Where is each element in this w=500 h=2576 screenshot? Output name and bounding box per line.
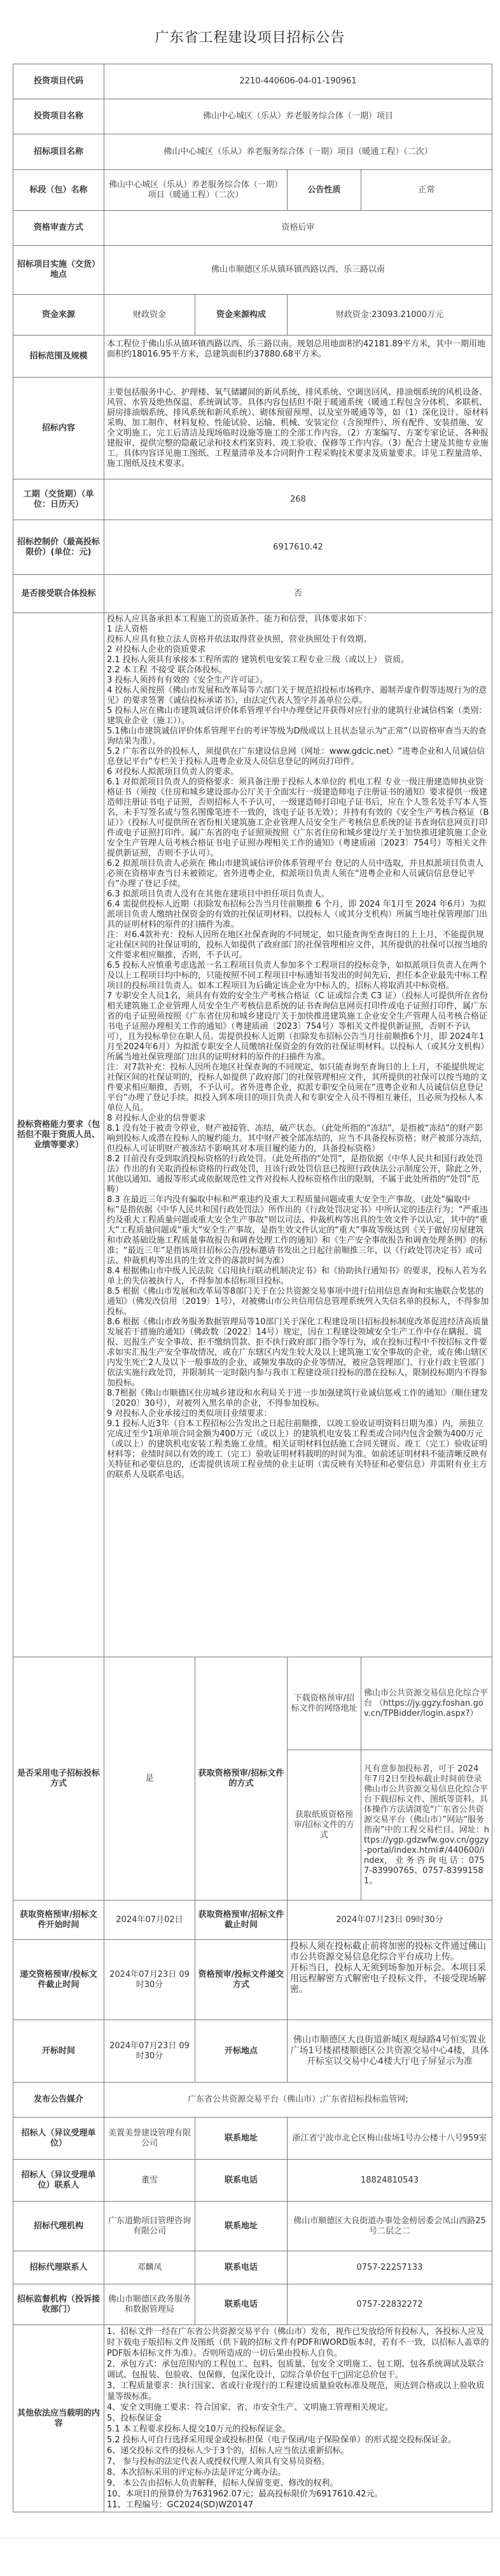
row-tenderer-contact: 招标人（异议受理单位）联系人 董雪 联系电话 18824810543	[13, 2160, 492, 2202]
doc-start-label: 获取资格预审/招标文件开始时间	[13, 1900, 104, 1940]
other-line: 11、工程编号：GC2024(SD)WZ0147	[107, 2500, 489, 2510]
funding-value: 财政资金	[104, 295, 195, 336]
section-label: 标段（包）名称	[13, 170, 104, 211]
qualification-line: 8 对投标人企业的信誉要求	[107, 1114, 489, 1124]
qualification-line: 5 投标人应在佛山市建筑诚信评价体系管理平台中办理登记并获得对应行业的建筑行业诚…	[107, 706, 489, 726]
row-location: 招标项目实施（交货）地点 佛山市顺德区乐从镇环镇西路以西、乐三路以南	[13, 246, 492, 295]
qualification-requirements: 投标人应具备承担本工程施工的资质条件、能力和信誉，具体要求如下： 1 法人资格 …	[104, 613, 492, 1657]
tender-name-value: 佛山中心城区（乐从）养老服务综合体（一期）项目（暖通工程）（二次）	[104, 134, 492, 170]
doc-start-value: 2024年07月02日	[104, 1900, 195, 1940]
row-agency: 招标代理机构 广东道勤项目管理咨询有限公司 联系地址 佛山市顺德区大良街道办事处…	[13, 2202, 492, 2251]
agency-phone-value: 0757-22257133	[288, 2251, 492, 2284]
scope-value: 本工程位于佛山乐从镇环镇西路以西、乐三路以南。规划总用地面积约42181.89平…	[104, 336, 492, 378]
doc-end-value: 2024年07月23日 09时30分	[288, 1900, 492, 1940]
footer-divider	[0, 2538, 500, 2576]
agency-address-value: 佛山市顺德区大良街道办事处金榜居委会凤山西路25号二层之二	[288, 2202, 492, 2251]
qualification-line: 5.2 广东省以外的投标人，须提供在广东建设信息网（网址：www.gdcic.n…	[107, 747, 489, 767]
row-other: 其他依法应当载明的内容 1、招标文件一经在广东省公共资源交易平台（佛山市）发布，…	[13, 2325, 492, 2512]
tenderer-label: 招标人（异议受理单位）	[13, 2118, 104, 2160]
qualification-line: 8.6 根据《佛山市政务服务数据管理局等10部门关于深化工程建设项目招标投标制度…	[107, 1317, 489, 1389]
scope-label: 招标范围及规模	[13, 336, 104, 378]
row-invest-name: 投资项目名称 佛山中心城区（乐从）养老服务综合体（一期）项目	[13, 99, 492, 134]
qualification-line: 注：对6.4款补充：投标人因所在地区社保查询的不同规定，如只能查询至查询日的上上…	[107, 930, 489, 961]
location-label: 招标项目实施（交货）地点	[13, 246, 104, 295]
qualification-line: 投标人应具有独立法人资格并依法取得营业执照，营业执照处于有效期。	[107, 635, 489, 645]
qualification-line: 2 对投标人企业的资质要求	[107, 645, 489, 655]
funding-composition-value: 财政资金:23093.21000万元	[288, 295, 492, 336]
content-label: 招标内容	[13, 378, 104, 479]
invest-code-label: 投资项目代码	[13, 64, 104, 99]
invest-name-label: 投资项目名称	[13, 99, 104, 134]
qualification-label: 投标资格能力要求（包括但不限于资质人员、业绩等要求）	[13, 613, 104, 1657]
tenderer-phone-label: 联系电话	[195, 2160, 288, 2202]
download-address-label: 下载资格预审/招标文件的网络地址	[288, 1657, 361, 1750]
qualification-line: 9.1 投标人近3年（自本工程招标公告发出之日起往前顺推，以竣工验收证明资料日期…	[107, 1419, 489, 1480]
paper-method-value: 凡有意参加投标者，可于 2024 年7月2日至投标截止时间前登录佛山市公共资源交…	[361, 1750, 492, 1900]
other-line: 10、本项目的预算价为7631962.07元；最高投标限价为6917610.42…	[107, 2489, 489, 2500]
paper-method-label: 获取纸质资格预审/招标文件的方式	[288, 1750, 361, 1900]
consortium-label: 是否接受联合体投标	[13, 575, 104, 613]
agency-contact-label: 招标代理联系人	[13, 2251, 104, 2284]
tenderer-value: 美置美誉建设管理有限公司	[104, 2118, 195, 2160]
qualification-line: 6 对投标人拟派项目负责人的要求。	[107, 767, 489, 777]
row-section: 标段（包）名称 佛山中心城区（乐从）养老服务综合体（一期）项目（暖通工程）（二次…	[13, 170, 492, 211]
qualification-line: 6.2 拟派项目负责人必须在 佛山市建筑诚信评价体系管理平台 登记的人员中选取，…	[107, 859, 489, 889]
row-scope: 招标范围及规模 本工程位于佛山乐从镇环镇西路以西、乐三路以南。规划总用地面积约4…	[13, 336, 492, 378]
electronic-label: 是否采用电子招标投标方式	[13, 1657, 104, 1900]
tender-notice-table: 投资项目代码 2210-440606-04-01-190961 投资项目名称 佛…	[13, 64, 492, 2512]
tenderer-address-label: 联系地址	[195, 2118, 288, 2160]
agency-phone-label: 联系电话	[195, 2251, 288, 2284]
media-value: 广东省公共资源交易平台（佛山市）;广东省招标投标监管网;	[104, 2083, 492, 2118]
tender-name-label: 招标项目名称	[13, 134, 104, 170]
row-opening: 开标时间 2024年07月23日 09时30分 开标地点 佛山市顺德区大良街道新…	[13, 2020, 492, 2083]
other-line: 7、 参与投标的法定代表人或授权代理人须具有交易员资格。	[107, 2456, 489, 2467]
tenderer-contact-value: 董雪	[104, 2160, 195, 2202]
row-price-cap: 招标控制价（最高投标限价）(单位：元) 6917610.42	[13, 520, 492, 575]
opening-place-value: 佛山市顺德区大良街道新城区观绿路4号恒实置业广场1号楼裙楼顺德区公共资源交易中心…	[288, 2020, 492, 2083]
row-doc-time: 获取资格预审/招标文件开始时间 2024年07月02日 获取资格预审/招标文件截…	[13, 1900, 492, 1940]
tenderer-phone-value: 18824810543	[288, 2160, 492, 2202]
submission-method-label: 资格预审/投标文件递交方式	[195, 1940, 288, 2020]
other-line: 5、投标保证金	[107, 2413, 489, 2424]
agency-contact-value: 邓麟凤	[104, 2251, 195, 2284]
invest-name-value: 佛山中心城区（乐从）养老服务综合体（一期）项目	[104, 99, 492, 134]
submission-deadline-label: 递交资格预审/投标文件截止时间	[13, 1940, 104, 2020]
row-review-method: 资格审查方式 资格后审	[13, 211, 492, 246]
notice-nature-label: 公告性质	[288, 170, 361, 211]
media-label: 发布公告媒介	[13, 2083, 104, 2118]
other-line: 4、安全文明施工要求：符合国家、省、市安全生产、文明施工管理相关规定。	[107, 2402, 489, 2413]
row-duration: 工期（交货期）（单位：日历天） 268	[13, 479, 492, 520]
review-method-value: 资格后审	[104, 211, 492, 246]
qualification-line: 9 对投标人企业承接过的类似项目业绩要求：	[107, 1409, 489, 1419]
tenderer-contact-label: 招标人（异议受理单位）联系人	[13, 2160, 104, 2202]
row-funding: 资金来源 财政资金 资金来源构成 财政资金:23093.21000万元	[13, 295, 492, 336]
qualification-line: 8.4 根据佛山市中级人民法院《启用执行联动机制决定书》和《协助执行通知书》的要…	[107, 1266, 489, 1287]
notice-nature-value: 正常	[361, 170, 492, 211]
supervisor-phone-value: 0757-22832272	[288, 2284, 492, 2325]
qualification-line: 1 法人资格	[107, 625, 489, 635]
submission-method-value: 投标人须在投标截止前将加密的投标文件通过佛山市公共资源交易信息化综合平台成功上传…	[288, 1940, 492, 2020]
funding-label: 资金来源	[13, 295, 104, 336]
qualification-line: 5.1佛山市建筑诚信评价体系管理平台的考评等级为D级或以上且状态显示为“正常”（…	[107, 726, 489, 747]
other-line: 5.1 本工程要求投标人提交10万元的投标保证金。	[107, 2424, 489, 2435]
qualification-line: 6.5 投标人应慎重考虑选派一名工程项目负责人参加多个工程项目的投标竞争，如拟派…	[107, 961, 489, 991]
location-value: 佛山市顺德区乐从镇环镇西路以西、乐三路以南	[104, 246, 492, 295]
row-tenderer: 招标人（异议受理单位） 美置美誉建设管理有限公司 联系地址 浙江省宁波市北仑区梅…	[13, 2118, 492, 2160]
qualification-line: 3 投标人须持有有效的《安全生产许可证》。	[107, 676, 489, 686]
other-line: 1、招标文件一经在广东省公共资源交易平台（佛山市）发布，视作已发放给所有投标人，…	[107, 2326, 489, 2359]
supervisor-value: 佛山市顺德区政务服务和数据管理局	[104, 2284, 195, 2325]
price-cap-value: 6917610.42	[104, 520, 492, 575]
duration-value: 268	[104, 479, 492, 520]
other-label: 其他依法应当载明的内容	[13, 2325, 104, 2512]
row-media: 发布公告媒介 广东省公共资源交易平台（佛山市）;广东省招标投标监管网;	[13, 2083, 492, 2118]
tenderer-address-value: 浙江省宁波市北仑区梅山盐场1号办公楼十八号959室	[288, 2118, 492, 2160]
duration-label: 工期（交货期）（单位：日历天）	[13, 479, 104, 520]
opening-time-value: 2024年07月23日 09时30分	[104, 2020, 195, 2083]
row-submission: 递交资格预审/投标文件截止时间 2024年07月23日 09时30分 资格预审/…	[13, 1940, 492, 2020]
other-line: 6、递交投标文件的投标人少于3个的，招标人应当依法重新招标。	[107, 2445, 489, 2456]
row-agency-contact: 招标代理联系人 邓麟凤 联系电话 0757-22257133	[13, 2251, 492, 2284]
other-line: 2、承包方式：承包范围内的工程包工、包料、包质量、包安全文明施工、包工期、包各系…	[107, 2359, 489, 2381]
qualification-line: 8.3 在最近三年内没有骗取中标和严重违约及重大工程质量问题或重大安全生产事故。…	[107, 1195, 489, 1266]
other-line: 9、 本公告由招标人负责解释，招标人保留变更、修改的权利。	[107, 2478, 489, 2489]
qualification-line: 2.2 本工程 不接受 联合体投标。	[107, 665, 489, 676]
agency-value: 广东道勤项目管理咨询有限公司	[104, 2202, 195, 2251]
review-method-label: 资格审查方式	[13, 211, 104, 246]
funding-composition-label: 资金来源构成	[195, 295, 288, 336]
row-content: 招标内容 主要包括服务中心、护理楼、氧气储罐间的新风系统、排风系统、空调送回风、…	[13, 378, 492, 479]
row-consortium: 是否接受联合体投标 否	[13, 575, 492, 613]
content-value: 主要包括服务中心、护理楼、氧气储罐间的新风系统、排风系统、空调送回风、排油烟系统…	[104, 378, 492, 479]
doc-end-label: 获取资格预审/招标文件截止时间	[195, 1900, 288, 1940]
supervisor-phone-label: 联系电话	[195, 2284, 288, 2325]
consortium-value: 否	[104, 575, 492, 613]
agency-address-label: 联系地址	[195, 2202, 288, 2251]
opening-place-label: 开标地点	[195, 2020, 288, 2083]
qualification-line: 6.3 拟派项目负责人没有在其他在建项目中担任项目负责人。	[107, 889, 489, 900]
other-line: 8、本次招标采用的评定标办法是评定分离办法。	[107, 2467, 489, 2478]
section-value: 佛山中心城区（乐从）养老服务综合体（一期）项目（暖通工程）（二次）	[104, 170, 288, 211]
row-tender-name: 招标项目名称 佛山中心城区（乐从）养老服务综合体（一期）项目（暖通工程）（二次）	[13, 134, 492, 170]
electronic-value: 是	[104, 1657, 195, 1900]
qualification-line: 6.4 需提供投标人近期（扣除发布招标公告当月往前顺推 6 个月，即 2024 …	[107, 900, 489, 930]
doc-method-label: 获取资格预审/招标文件的方式	[195, 1657, 288, 1900]
qualification-line: 8.1 没有处于被责令停业，财产被接管、冻结，破产状态。（此处所指的“冻结”，是…	[107, 1124, 489, 1154]
submission-deadline-value: 2024年07月23日 09时30分	[104, 1940, 195, 2020]
qualification-line: 注：对7款补充：投标人因所在地区社保查询的不同规定，如只能查询至查询日的上上月，…	[107, 1063, 489, 1114]
qualification-line: 6.1 对拟派项目负责人的资格要求：须具备注册于投标人本单位的 机电工程 专业一…	[107, 777, 489, 859]
supervisor-label: 招标监督机构（投诉接收部门）	[13, 2284, 104, 2325]
qualification-line: 8.7根据《佛山市顺德区住房城乡建设和水利局关于进一步加强建筑行业诚信惩戒工作的…	[107, 1389, 489, 1409]
qualification-line: 7 专职安全人员1名，须具有有效的安全生产考核合格证（C 证或综合类 C3 证）…	[107, 991, 489, 1063]
other-content: 1、招标文件一经在广东省公共资源交易平台（佛山市）发布，视作已发放给所有投标人，…	[104, 2325, 492, 2512]
qualification-line: 8.2 目前没有受到取消投标资格的行政处罚。（此处所指的“处罚”，是指依据《中华…	[107, 1154, 489, 1195]
qualification-line: 2.1 投标人须具有承接本工程所需的 建筑机电安装工程专业三级（或以上） 资质。	[107, 655, 489, 665]
row-supervisor: 招标监督机构（投诉接收部门） 佛山市顺德区政务服务和数据管理局 联系电话 075…	[13, 2284, 492, 2325]
page-title: 广东省工程建设项目招标公告	[0, 0, 500, 64]
invest-code-value: 2210-440606-04-01-190961	[104, 64, 492, 99]
opening-time-label: 开标时间	[13, 2020, 104, 2083]
row-electronic-download: 是否采用电子招标投标方式 是 获取资格预审/招标文件的方式 下载资格预审/招标文…	[13, 1657, 492, 1750]
agency-label: 招标代理机构	[13, 2202, 104, 2251]
qualification-line: 投标人应具备承担本工程施工的资质条件、能力和信誉，具体要求如下：	[107, 614, 489, 625]
other-line: 3、工程质量要求：执行国家、省或行业现行的工程建设质量验收标准及规范，须达到合格…	[107, 2381, 489, 2402]
other-line: 5.2 投标人可自行选择采用现金或投标担保（电子保函/电子保险保单）的形式提交投…	[107, 2435, 489, 2445]
row-invest-code: 投资项目代码 2210-440606-04-01-190961	[13, 64, 492, 99]
row-qualification: 投标资格能力要求（包括但不限于资质人员、业绩等要求） 投标人应具备承担本工程施工…	[13, 613, 492, 1657]
price-cap-label: 招标控制价（最高投标限价）(单位：元)	[13, 520, 104, 575]
qualification-line: 4 投标人须按照《佛山市发展和改革局等六部门关于规范招投标市场秩序、遏制弄虚作假…	[107, 686, 489, 706]
download-address-value[interactable]: 佛山市公共资源交易信息化综合平台 （https://jy.ggzy.foshan…	[361, 1657, 492, 1750]
qualification-line: 8.5 根据《佛山市发展和改革局等8部门关于在公共资源交易事项中进行信用信息查询…	[107, 1287, 489, 1317]
